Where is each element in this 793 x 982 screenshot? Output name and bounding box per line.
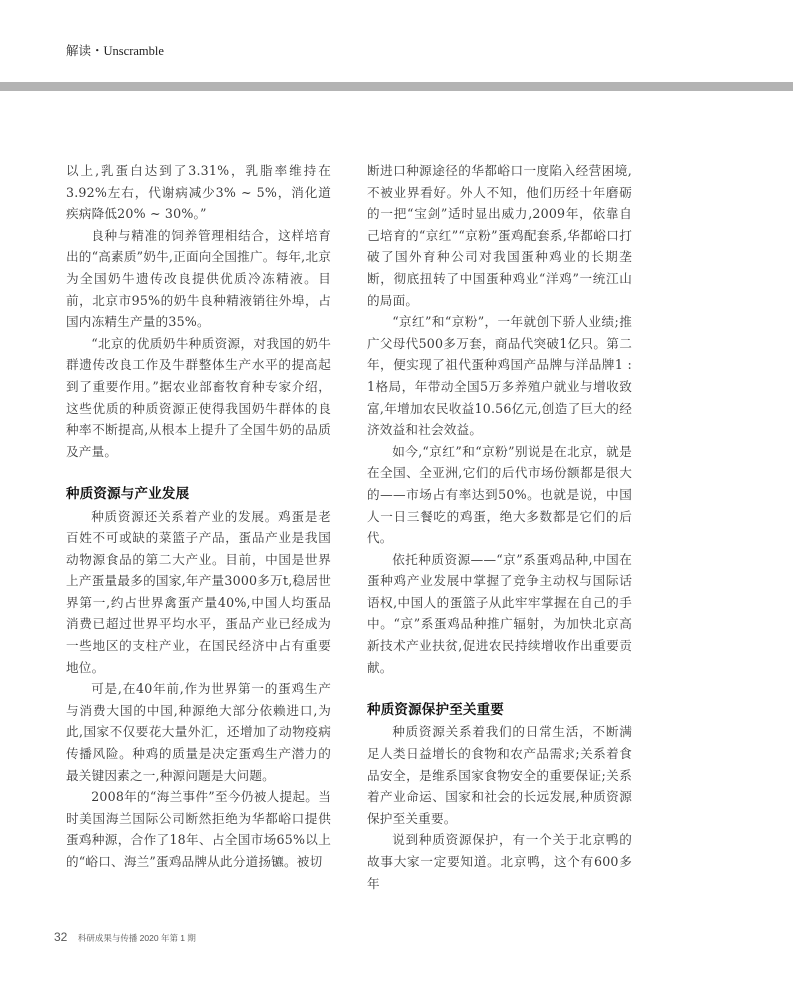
paragraph: “京红”和“京粉”，一年就创下骄人业绩;推广父母代500多万套，商品代突破1亿只… [367,311,632,441]
paragraph: 依托种质资源——“京”系蛋鸡品种,中国在蛋种鸡产业发展中掌握了竞争主动权与国际话… [367,549,632,679]
paragraph: “北京的优质奶牛种质资源，对我国的奶牛群遗传改良工作及牛群整体生产水平的提高起到… [66,333,331,463]
paragraph: 种质资源关系着我们的日常生活，不断满足人类日益增长的食物和农产品需求;关系着食品… [367,721,632,829]
page-footer: 32 科研成果与传播 2020 年第 1 期 [54,928,196,946]
section-spacer [66,462,331,484]
paragraph: 以上,乳蛋白达到了3.31%，乳脂率维持在3.92%左右，代谢病减少3% ~ 5… [66,160,331,225]
paragraph: 如今,“京红”和“京粉”别说是在北京，就是在全国、全亚洲,它们的后代市场份额都是… [367,441,632,549]
left-column: 以上,乳蛋白达到了3.31%，乳脂率维持在3.92%左右，代谢病减少3% ~ 5… [66,160,331,873]
page-number: 32 [54,930,67,944]
header-rule-bar [0,82,793,91]
paragraph: 断进口种源途径的华都峪口一度陷入经营困境,不被业界看好。外人不知，他们历经十年磨… [367,160,632,311]
paragraph: 说到种质资源保护，有一个关于北京鸭的故事大家一定要知道。北京鸭，这个有600多年 [367,829,632,894]
section-heading: 种质资源与产业发展 [66,484,331,506]
section-spacer [367,678,632,700]
paragraph: 2008年的“海兰事件”至今仍被人提起。当时美国海兰国际公司断然拒绝为华都峪口提… [66,786,331,872]
section-label: 解读・Unscramble [66,41,164,59]
section-heading: 种质资源保护至关重要 [367,700,632,722]
paragraph: 可是,在40年前,作为世界第一的蛋鸡生产与消费大国的中国,种源绝大部分依赖进口,… [66,678,331,786]
paragraph: 良种与精准的饲养管理相结合，这样培育出的“高素质”奶牛,正面向全国推广。每年,北… [66,225,331,333]
paragraph: 种质资源还关系着产业的发展。鸡蛋是老百姓不可或缺的菜篮子产品，蛋品产业是我国动物… [66,506,331,679]
right-column: 断进口种源途径的华都峪口一度陷入经营困境,不被业界看好。外人不知，他们历经十年磨… [367,160,632,894]
journal-info: 科研成果与传播 2020 年第 1 期 [78,933,196,943]
